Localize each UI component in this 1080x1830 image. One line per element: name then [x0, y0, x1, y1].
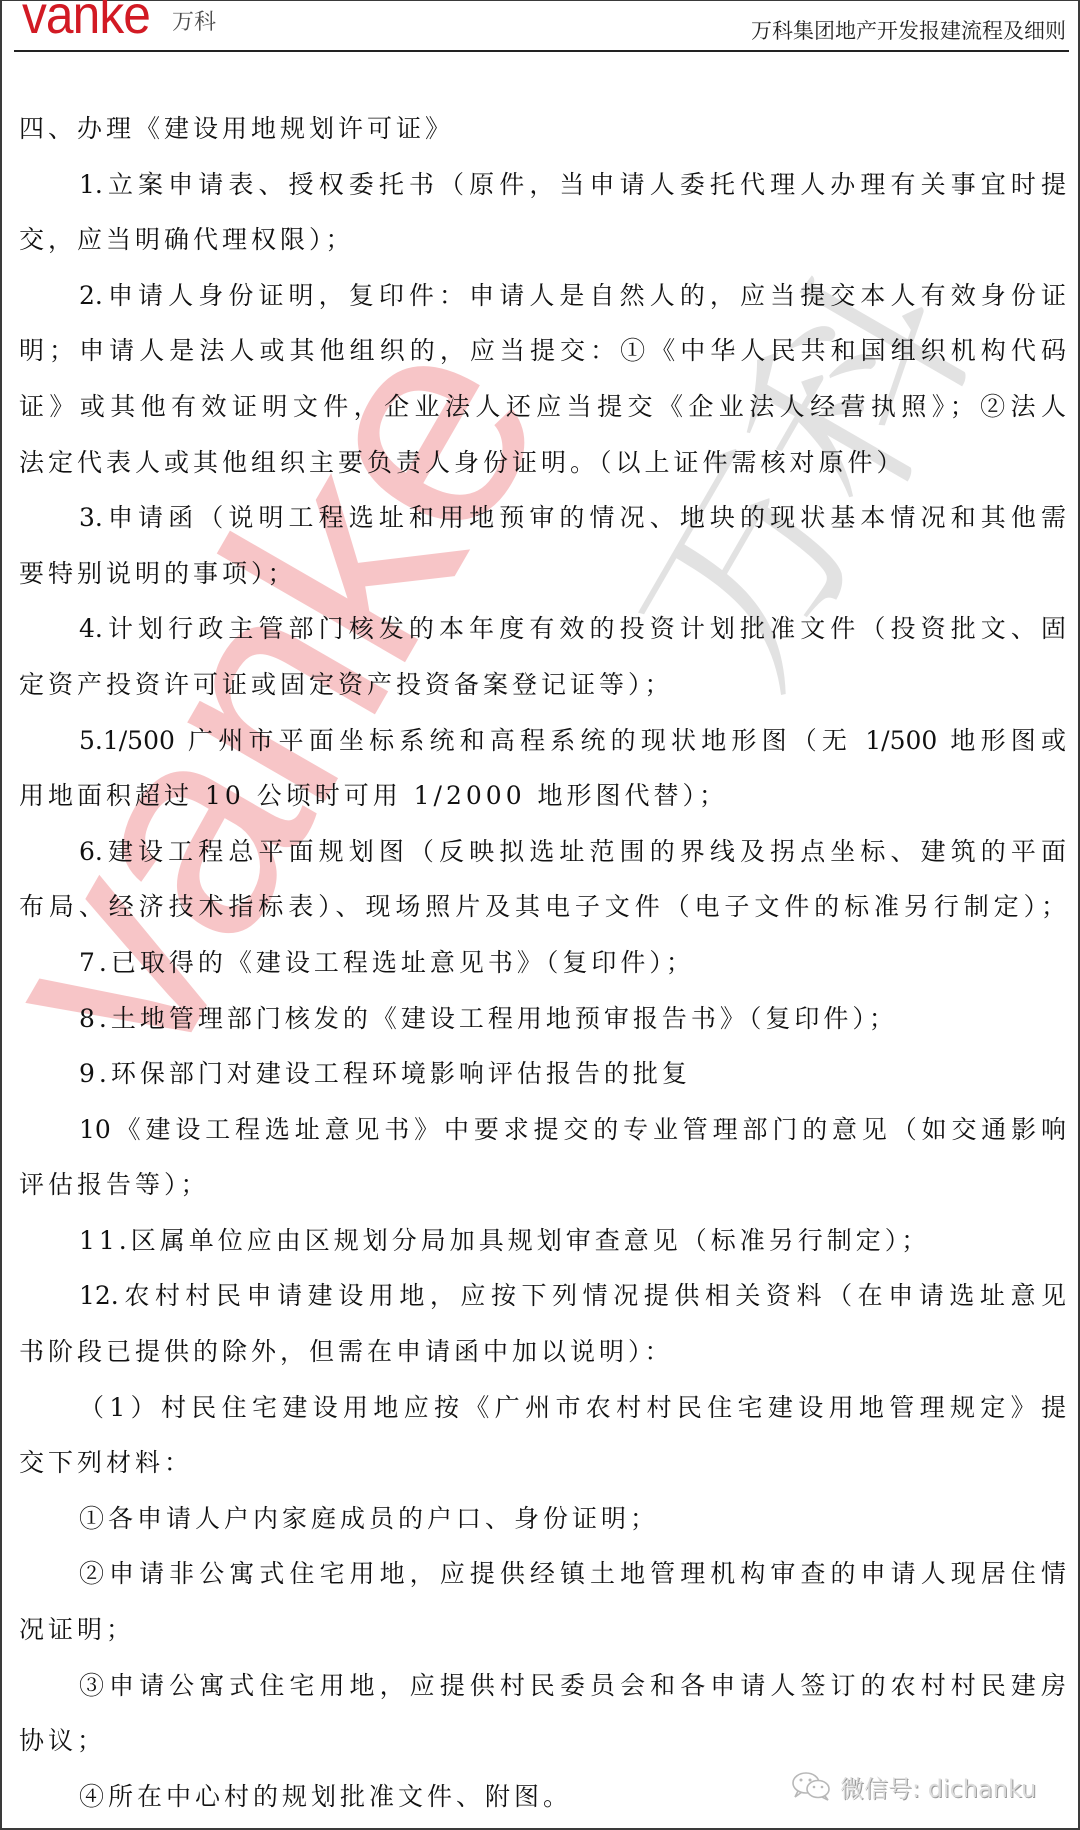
- text-line: 法定代表人或其他组织主要负责人身份证明。（以上证件需核对原件）: [19, 435, 1066, 491]
- text-line: 3.申请函（说明工程选址和用地预审的情况、地块的现状基本情况和其他需: [19, 490, 1066, 546]
- text-line: 评估报告等）；: [19, 1157, 1066, 1213]
- wechat-icon: [790, 1770, 834, 1802]
- text-line: 2.申请人身份证明，复印件：申请人是自然人的，应当提交本人有效身份证: [19, 268, 1066, 324]
- text-line: （1）村民住宅建设用地应按《广州市农村村民住宅建设用地管理规定》提: [19, 1380, 1066, 1436]
- text-line: 1.立案申请表、授权委托书（原件，当申请人委托代理人办理有关事宜时提: [19, 157, 1066, 213]
- text-line: 用地面积超过 10 公顷时可用 1/2000 地形图代替）；: [19, 768, 1066, 824]
- document-page: vanke 万科 万科集团地产开发报建流程及细则 vanke 万科 四、办理《建…: [0, 0, 1080, 1830]
- text-line: 证》或其他有效证明文件，企业法人还应当提交《企业法人经营执照》；②法人: [19, 379, 1066, 435]
- text-line: 9.环保部门对建设工程环境影响评估报告的批复: [19, 1046, 1066, 1102]
- text-line: 况证明；: [19, 1602, 1066, 1658]
- text-line: 6.建设工程总平面规划图（反映拟选址范围的界线及拐点坐标、建筑的平面: [19, 824, 1066, 880]
- text-line: 4.计划行政主管部门核发的本年度有效的投资计划批准文件（投资批文、固: [19, 601, 1066, 657]
- text-line: 交，应当明确代理权限）；: [19, 212, 1066, 268]
- text-line: 5.1/500 广州市平面坐标系统和高程系统的现状地形图（无 1/500 地形图…: [19, 713, 1066, 769]
- document-title: 万科集团地产开发报建流程及细则: [751, 18, 1066, 44]
- text-line: 交下列材料：: [19, 1435, 1066, 1491]
- vanke-logo-cn: 万科: [172, 10, 216, 36]
- text-line: 定资产投资许可证或固定资产投资备案登记证等）；: [19, 657, 1066, 713]
- page-header: vanke 万科 万科集团地产开发报建流程及细则: [2, 1, 1080, 53]
- wechat-id-label: 微信号: dichanku: [840, 1769, 1036, 1804]
- text-line: 10《建设工程选址意见书》中要求提交的专业管理部门的意见（如交通影响: [19, 1102, 1066, 1158]
- text-line: 书阶段已提供的除外，但需在申请函中加以说明）：: [19, 1324, 1066, 1380]
- section-heading: 四、办理《建设用地规划许可证》: [19, 101, 1066, 157]
- vanke-logo: vanke: [22, 0, 150, 45]
- text-line: 7.已取得的《建设工程选址意见书》（复印件）；: [19, 935, 1066, 991]
- text-line: 明；申请人是法人或其他组织的，应当提交：①《中华人民共和国组织机构代码: [19, 323, 1066, 379]
- text-line: 8.土地管理部门核发的《建设工程用地预审报告书》（复印件）；: [19, 991, 1066, 1047]
- text-line: ②申请非公寓式住宅用地，应提供经镇土地管理机构审查的申请人现居住情: [19, 1546, 1066, 1602]
- header-divider: [14, 50, 1069, 52]
- text-line: ①各申请人户内家庭成员的户口、身份证明；: [19, 1491, 1066, 1547]
- text-line: 12.农村村民申请建设用地，应按下列情况提供相关资料（在申请选址意见: [19, 1268, 1066, 1324]
- text-line: 要特别说明的事项）；: [19, 546, 1066, 602]
- text-line: 布局、经济技术指标表）、现场照片及其电子文件（电子文件的标准另行制定）；: [19, 879, 1066, 935]
- text-line: 协议；: [19, 1713, 1066, 1769]
- text-line: ③申请公寓式住宅用地，应提供村民委员会和各申请人签订的农村村民建房: [19, 1658, 1066, 1714]
- document-body: 四、办理《建设用地规划许可证》 1.立案申请表、授权委托书（原件，当申请人委托代…: [19, 101, 1066, 1824]
- text-line: 11.区属单位应由区规划分局加具规划审查意见（标准另行制定）；: [19, 1213, 1066, 1269]
- section-lines: 1.立案申请表、授权委托书（原件，当申请人委托代理人办理有关事宜时提交，应当明确…: [19, 157, 1066, 1825]
- wechat-watermark: 微信号: dichanku: [790, 1769, 1036, 1803]
